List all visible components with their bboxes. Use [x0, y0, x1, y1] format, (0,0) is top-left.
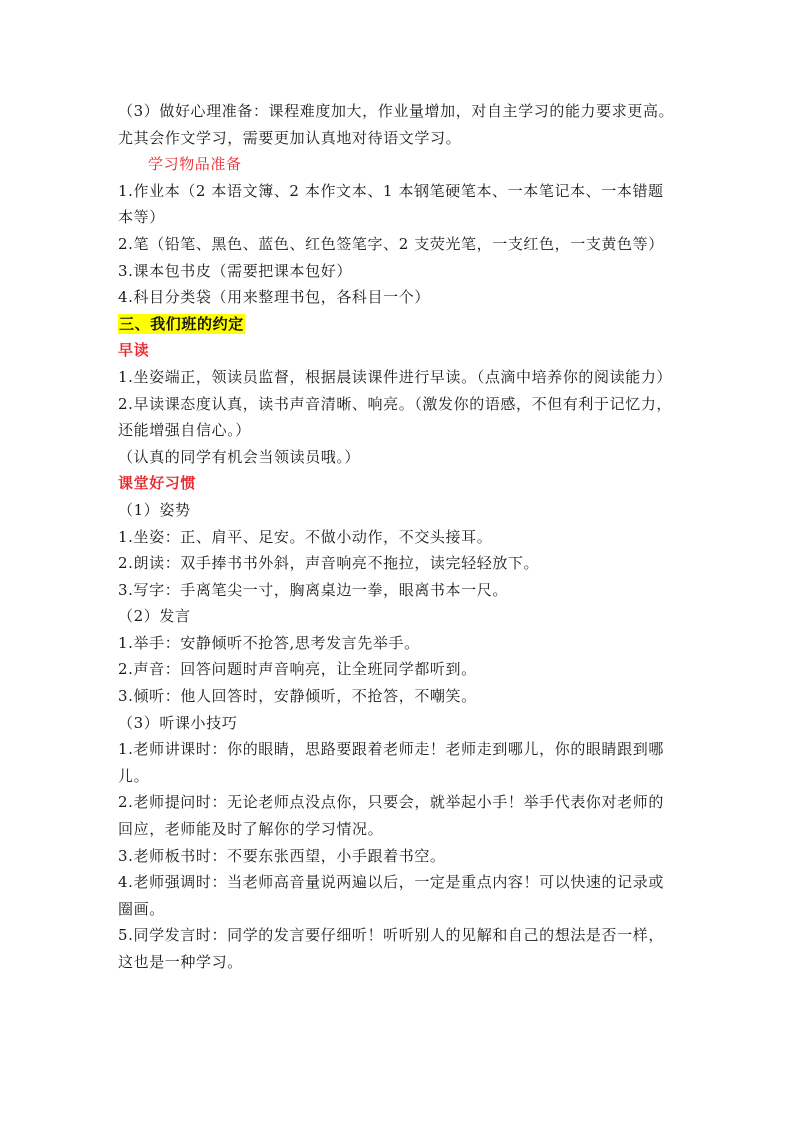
listening-tip-4-line-2: 圈画。: [118, 896, 680, 923]
morning-reading-item-2-line-1: 2.早读课态度认真，读书声音清晰、响亮。（激发你的语感，不但有利于记忆力，: [118, 391, 680, 418]
supplies-heading: 学习物品准备: [118, 151, 680, 178]
posture-item-1: 1.坐姿：正、肩平、足安。不做小动作，不交头接耳。: [118, 524, 680, 551]
listening-tip-5-line-1: 5.同学发言时：同学的发言要仔细听！听听别人的见解和自己的想法是否一样，: [118, 922, 680, 949]
class-habits-heading: 课堂好习惯: [118, 470, 680, 497]
listening-tip-1-line-1: 1.老师讲课时：你的眼睛，思路要跟着老师走！老师走到哪儿，你的眼睛跟到哪: [118, 736, 680, 763]
speaking-item-1: 1.举手：安静倾听不抢答,思考发言先举手。: [118, 630, 680, 657]
supply-item-3: 3.课本包书皮（需要把课本包好）: [118, 258, 680, 285]
speaking-title: （2）发言: [118, 603, 680, 630]
speaking-item-2: 2.声音：回答问题时声音响亮，让全班同学都听到。: [118, 656, 680, 683]
morning-reading-item-1: 1.坐姿端正，领读员监督，根据晨读课件进行早读。（点滴中培养你的阅读能力）: [118, 364, 680, 391]
posture-title: （1）姿势: [118, 497, 680, 524]
section-3-heading-row: 三、我们班的约定: [118, 311, 680, 338]
listening-tip-4-line-1: 4.老师强调时：当老师高音量说两遍以后，一定是重点内容！可以快速的记录或: [118, 869, 680, 896]
morning-reading-note: （认真的同学有机会当领读员哦。）: [118, 444, 680, 471]
posture-item-3: 3.写字：手离笔尖一寸，胸离桌边一拳，眼离书本一尺。: [118, 577, 680, 604]
mental-prep-line-1: （3）做好心理准备：课程难度加大，作业量增加，对自主学习的能力要求更高。: [118, 98, 680, 125]
morning-reading-heading: 早读: [118, 337, 680, 364]
supply-item-1-line-2: 本等）: [118, 204, 680, 231]
listening-tips-title: （3）听课小技巧: [118, 710, 680, 737]
document-page: （3）做好心理准备：课程难度加大，作业量增加，对自主学习的能力要求更高。 尤其会…: [118, 98, 680, 976]
listening-tip-1-line-2: 儿。: [118, 763, 680, 790]
mental-prep-line-2: 尤其会作文学习，需要更加认真地对待语文学习。: [118, 125, 680, 152]
supply-item-1-line-1: 1.作业本（2 本语文簿、2 本作文本、1 本钢笔硬笔本、一本笔记本、一本错题: [118, 178, 680, 205]
listening-tip-5-line-2: 这也是一种学习。: [118, 949, 680, 976]
speaking-item-3: 3.倾听：他人回答时，安静倾听，不抢答，不嘲笑。: [118, 683, 680, 710]
posture-item-2: 2.朗读：双手捧书书外斜，声音响亮不拖拉，读完轻轻放下。: [118, 550, 680, 577]
listening-tip-2-line-1: 2.老师提问时：无论老师点没点你，只要会，就举起小手！举手代表你对老师的: [118, 789, 680, 816]
listening-tip-2-line-2: 回应，老师能及时了解你的学习情况。: [118, 816, 680, 843]
supply-item-2: 2.笔（铅笔、黑色、蓝色、红色签笔字、2 支荧光笔，一支红色，一支黄色等）: [118, 231, 680, 258]
section-3-heading: 三、我们班的约定: [118, 314, 245, 334]
morning-reading-item-2-line-2: 还能增强自信心。）: [118, 417, 680, 444]
listening-tip-3: 3.老师板书时：不要东张西望，小手跟着书空。: [118, 843, 680, 870]
supply-item-4: 4.科目分类袋（用来整理书包，各科目一个）: [118, 284, 680, 311]
